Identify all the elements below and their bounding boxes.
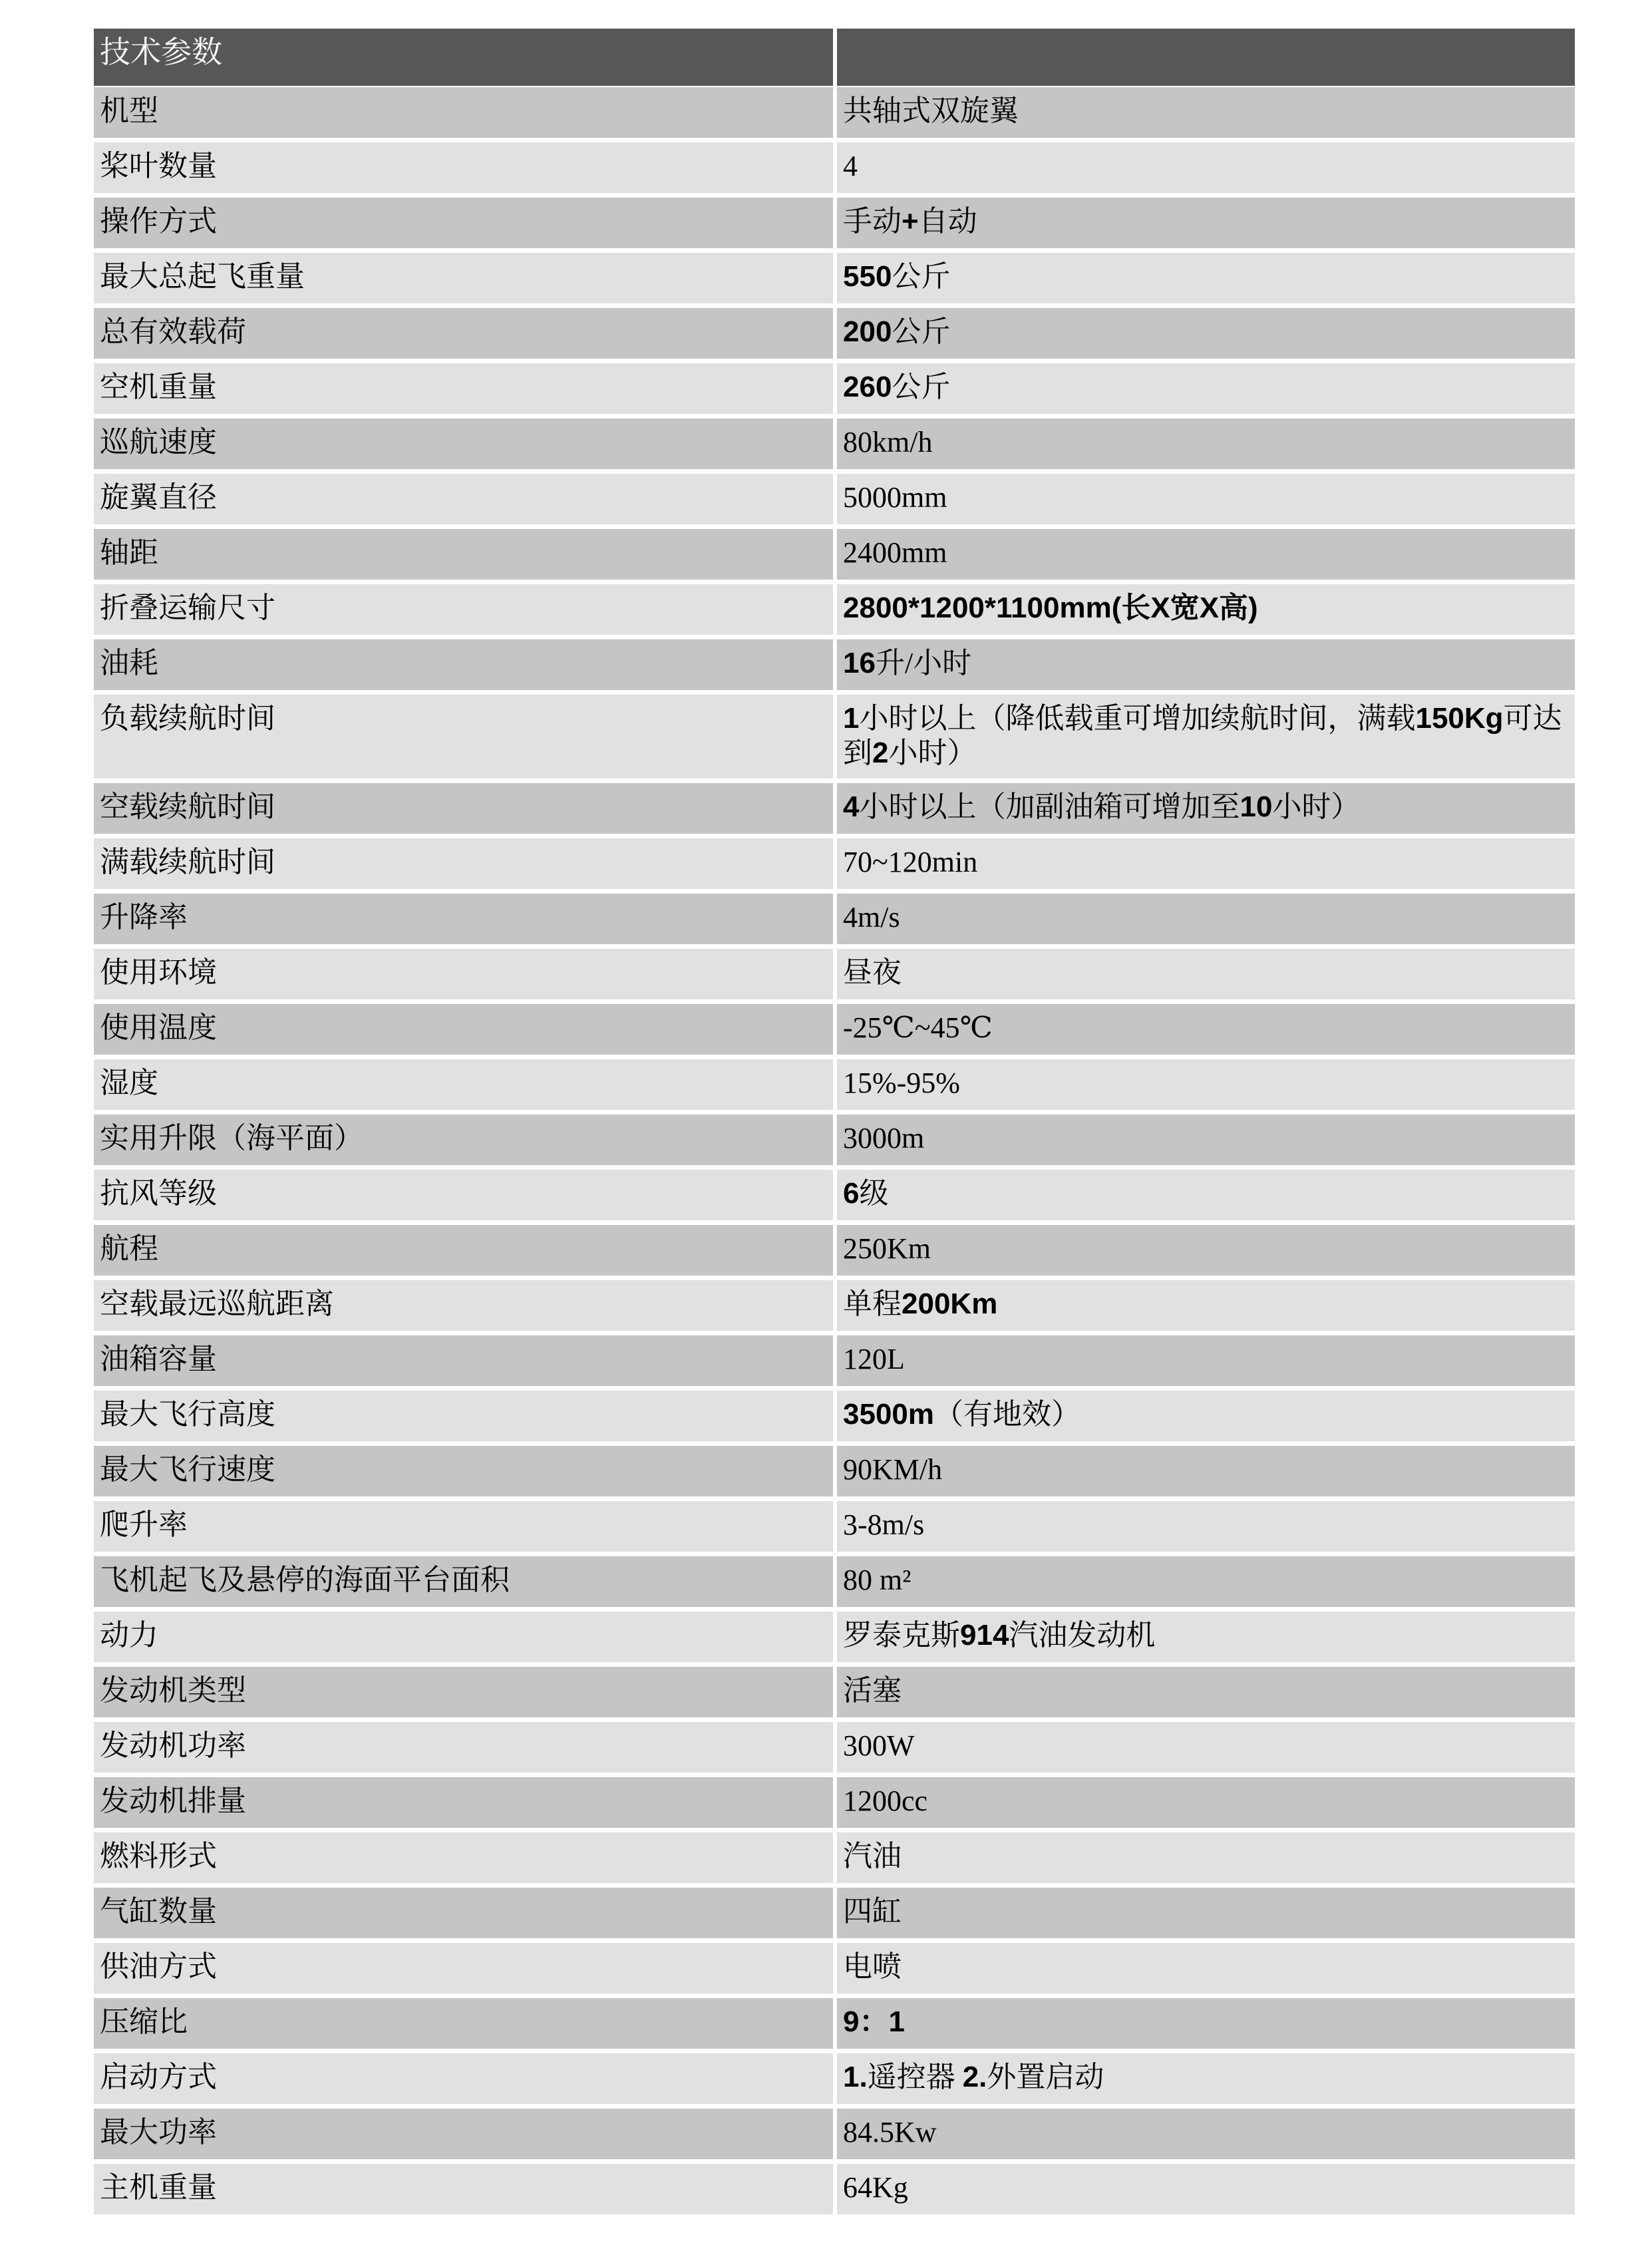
value-segment-bold: 6 xyxy=(843,1177,859,1210)
param-label: 桨叶数量 xyxy=(94,142,833,193)
value-segment: 80 m² xyxy=(843,1564,911,1596)
param-label: 机型 xyxy=(94,87,833,138)
value-segment: 电喷 xyxy=(843,1950,902,1983)
table-row: 巡航速度80km/h xyxy=(94,419,1575,469)
param-label: 气缸数量 xyxy=(94,1888,833,1938)
value-segment: 级 xyxy=(859,1177,888,1210)
value-segment: 120L xyxy=(843,1343,905,1375)
value-segment: 2400mm xyxy=(843,536,947,569)
table-row: 使用温度-25℃~45℃ xyxy=(94,1004,1575,1055)
value-segment-bold: 9：1 xyxy=(843,2005,905,2038)
value-segment: 单程 xyxy=(843,1288,902,1320)
value-segment: 遥控器 xyxy=(868,2061,963,2093)
value-segment: 公斤 xyxy=(892,315,950,348)
param-label: 启动方式 xyxy=(94,2053,833,2104)
table-body: 机型共轴式双旋翼桨叶数量4操作方式手动+自动最大总起飞重量550公斤总有效载荷2… xyxy=(94,87,1575,2214)
table-header-value-cell xyxy=(837,29,1575,86)
table-row: 空载续航时间4小时以上（加副油箱可增加至10小时） xyxy=(94,783,1575,834)
table-row: 最大功率84.5Kw xyxy=(94,2109,1575,2159)
param-value: 汽油 xyxy=(837,1832,1575,1883)
table-row: 负载续航时间1小时以上（降低载重可增加续航时间，满载150Kg可达到2小时） xyxy=(94,695,1575,778)
value-segment: 80km/h xyxy=(843,426,932,458)
param-label: 燃料形式 xyxy=(94,1832,833,1883)
table-row: 最大总起飞重量550公斤 xyxy=(94,253,1575,303)
param-label: 满载续航时间 xyxy=(94,838,833,889)
table-row: 满载续航时间70~120min xyxy=(94,838,1575,889)
table-row: 发动机功率300W xyxy=(94,1722,1575,1773)
param-label: 发动机功率 xyxy=(94,1722,833,1773)
table-row: 发动机类型活塞 xyxy=(94,1667,1575,1717)
param-value: 80 m² xyxy=(837,1556,1575,1607)
table-row: 发动机排量1200cc xyxy=(94,1777,1575,1828)
param-value: 昼夜 xyxy=(837,949,1575,999)
param-label: 空载续航时间 xyxy=(94,783,833,834)
value-segment: 70~120min xyxy=(843,846,977,878)
param-label: 发动机排量 xyxy=(94,1777,833,1828)
param-label: 巡航速度 xyxy=(94,419,833,469)
param-value: 电喷 xyxy=(837,1943,1575,1993)
param-value: 84.5Kw xyxy=(837,2109,1575,2159)
value-segment: 四缸 xyxy=(843,1895,902,1928)
value-segment-bold: 914 xyxy=(960,1619,1009,1651)
table-row: 最大飞行速度90KM/h xyxy=(94,1446,1575,1496)
param-value: -25℃~45℃ xyxy=(837,1004,1575,1055)
param-label: 负载续航时间 xyxy=(94,695,833,778)
table-header-row: 技术参数 xyxy=(94,29,1575,86)
table-row: 抗风等级6级 xyxy=(94,1170,1575,1220)
value-segment: 3000m xyxy=(843,1122,924,1154)
param-value: 200公斤 xyxy=(837,308,1575,359)
param-label: 抗风等级 xyxy=(94,1170,833,1220)
param-value: 16升/小时 xyxy=(837,639,1575,690)
param-label: 旋翼直径 xyxy=(94,474,833,524)
table-row: 空机重量260公斤 xyxy=(94,363,1575,414)
value-segment-bold: 1. xyxy=(843,2061,868,2093)
param-label: 主机重量 xyxy=(94,2164,833,2214)
value-segment-bold: 16 xyxy=(843,647,876,679)
param-value: 单程200Km xyxy=(837,1280,1575,1331)
value-segment: 罗泰克斯 xyxy=(843,1619,960,1651)
value-segment: 共轴式双旋翼 xyxy=(843,94,1019,127)
value-segment: 昼夜 xyxy=(843,956,902,989)
table-row: 最大飞行高度3500m（有地效） xyxy=(94,1391,1575,1441)
value-segment-bold: 2. xyxy=(963,2061,987,2093)
value-segment: 外置启动 xyxy=(987,2061,1104,2093)
param-value: 64Kg xyxy=(837,2164,1575,2214)
value-segment: （有地效） xyxy=(934,1398,1080,1431)
param-value: 70~120min xyxy=(837,838,1575,889)
param-value: 4小时以上（加副油箱可增加至10小时） xyxy=(837,783,1575,834)
value-segment-bold: 3500m xyxy=(843,1398,934,1431)
param-label: 爬升率 xyxy=(94,1501,833,1552)
table-title: 技术参数 xyxy=(94,29,833,86)
param-label: 供油方式 xyxy=(94,1943,833,1993)
table-row: 飞机起飞及悬停的海面平台面积80 m² xyxy=(94,1556,1575,1607)
param-label: 发动机类型 xyxy=(94,1667,833,1717)
table-row: 供油方式电喷 xyxy=(94,1943,1575,1993)
param-value: 9：1 xyxy=(837,1998,1575,2049)
param-value: 2800*1200*1100mm(长X宽X高) xyxy=(837,584,1575,635)
param-label: 最大飞行速度 xyxy=(94,1446,833,1496)
table-row: 动力罗泰克斯914汽油发动机 xyxy=(94,1612,1575,1662)
param-value: 90KM/h xyxy=(837,1446,1575,1496)
param-value: 6级 xyxy=(837,1170,1575,1220)
table-row: 旋翼直径5000mm xyxy=(94,474,1575,524)
param-label: 实用升限（海平面） xyxy=(94,1115,833,1165)
value-segment-bold: 550 xyxy=(843,260,892,293)
value-segment: 小时） xyxy=(888,737,976,769)
value-segment: 自动 xyxy=(919,205,977,238)
param-label: 最大飞行高度 xyxy=(94,1391,833,1441)
table-row: 航程250Km xyxy=(94,1225,1575,1276)
value-segment: 小时） xyxy=(1272,790,1360,823)
param-value: 260公斤 xyxy=(837,363,1575,414)
value-segment-bold: 10 xyxy=(1239,790,1272,823)
table-row: 折叠运输尺寸2800*1200*1100mm(长X宽X高) xyxy=(94,584,1575,635)
table-row: 操作方式手动+自动 xyxy=(94,198,1575,248)
param-value: 5000mm xyxy=(837,474,1575,524)
param-label: 使用温度 xyxy=(94,1004,833,1055)
param-label: 油箱容量 xyxy=(94,1335,833,1386)
param-label: 总有效载荷 xyxy=(94,308,833,359)
table-row: 油耗16升/小时 xyxy=(94,639,1575,690)
param-label: 湿度 xyxy=(94,1059,833,1110)
value-segment: 90KM/h xyxy=(843,1453,942,1486)
value-segment-bold: 4 xyxy=(843,790,859,823)
table-row: 桨叶数量4 xyxy=(94,142,1575,193)
param-value: 15%-95% xyxy=(837,1059,1575,1110)
param-value: 四缸 xyxy=(837,1888,1575,1938)
value-segment-bold: 150Kg xyxy=(1415,702,1503,735)
param-value: 罗泰克斯914汽油发动机 xyxy=(837,1612,1575,1662)
value-segment: 1200cc xyxy=(843,1785,927,1817)
param-value: 300W xyxy=(837,1722,1575,1773)
param-label: 最大功率 xyxy=(94,2109,833,2159)
param-label: 操作方式 xyxy=(94,198,833,248)
value-segment: 活塞 xyxy=(843,1674,902,1707)
value-segment: 升/小时 xyxy=(876,647,971,679)
value-segment: 5000mm xyxy=(843,481,947,514)
table-row: 机型共轴式双旋翼 xyxy=(94,87,1575,138)
table-row: 爬升率3-8m/s xyxy=(94,1501,1575,1552)
value-segment: 手动 xyxy=(843,205,902,238)
table-row: 使用环境昼夜 xyxy=(94,949,1575,999)
table-row: 空载最远巡航距离单程200Km xyxy=(94,1280,1575,1331)
value-segment-bold: 260 xyxy=(843,371,892,403)
param-label: 航程 xyxy=(94,1225,833,1276)
param-value: 活塞 xyxy=(837,1667,1575,1717)
value-segment: 汽油发动机 xyxy=(1009,1619,1155,1651)
param-value: 3500m（有地效） xyxy=(837,1391,1575,1441)
value-segment: 小时以上（降低载重可增加续航时间，满载 xyxy=(859,702,1415,735)
param-value: 4 xyxy=(837,142,1575,193)
table-row: 升降率4m/s xyxy=(94,894,1575,944)
param-label: 使用环境 xyxy=(94,949,833,999)
value-segment: 公斤 xyxy=(892,260,950,293)
table-row: 实用升限（海平面）3000m xyxy=(94,1115,1575,1165)
table-row: 油箱容量120L xyxy=(94,1335,1575,1386)
table-row: 湿度15%-95% xyxy=(94,1059,1575,1110)
spec-table: 技术参数 机型共轴式双旋翼桨叶数量4操作方式手动+自动最大总起飞重量550公斤总… xyxy=(94,29,1575,2214)
table-row: 压缩比9：1 xyxy=(94,1998,1575,2049)
param-value: 手动+自动 xyxy=(837,198,1575,248)
value-segment: 250Km xyxy=(843,1232,931,1265)
param-value: 80km/h xyxy=(837,419,1575,469)
param-label: 升降率 xyxy=(94,894,833,944)
param-value: 120L xyxy=(837,1335,1575,1386)
value-segment: 64Kg xyxy=(843,2171,908,2204)
param-value: 1200cc xyxy=(837,1777,1575,1828)
value-segment-bold: 200 xyxy=(843,315,892,348)
param-value: 1小时以上（降低载重可增加续航时间，满载150Kg可达到2小时） xyxy=(837,695,1575,778)
param-value: 250Km xyxy=(837,1225,1575,1276)
value-segment-bold: + xyxy=(902,205,919,238)
param-label: 压缩比 xyxy=(94,1998,833,2049)
value-segment-bold: 200Km xyxy=(902,1288,997,1320)
value-segment: 84.5Kw xyxy=(843,2116,937,2149)
table-row: 总有效载荷200公斤 xyxy=(94,308,1575,359)
value-segment-bold: 2 xyxy=(872,737,888,769)
param-value: 2400mm xyxy=(837,529,1575,580)
table-row: 启动方式1.遥控器 2.外置启动 xyxy=(94,2053,1575,2104)
value-segment: 小时以上（加副油箱可增加至 xyxy=(859,790,1239,823)
table-row: 主机重量64Kg xyxy=(94,2164,1575,2214)
param-value: 550公斤 xyxy=(837,253,1575,303)
value-segment: 公斤 xyxy=(892,371,950,403)
param-value: 3000m xyxy=(837,1115,1575,1165)
value-segment: -25℃~45℃ xyxy=(843,1011,993,1044)
value-segment: 4m/s xyxy=(843,901,900,934)
param-label: 轴距 xyxy=(94,529,833,580)
param-label: 空载最远巡航距离 xyxy=(94,1280,833,1331)
value-segment: 300W xyxy=(843,1729,915,1762)
value-segment-bold: 2800*1200*1100mm(长X宽X高) xyxy=(843,592,1258,624)
param-label: 最大总起飞重量 xyxy=(94,253,833,303)
value-segment-bold: 1 xyxy=(843,702,859,735)
param-value: 4m/s xyxy=(837,894,1575,944)
param-label: 折叠运输尺寸 xyxy=(94,584,833,635)
param-label: 动力 xyxy=(94,1612,833,1662)
value-segment: 15%-95% xyxy=(843,1067,960,1099)
value-segment: 汽油 xyxy=(843,1840,902,1872)
table-row: 气缸数量四缸 xyxy=(94,1888,1575,1938)
param-label: 油耗 xyxy=(94,639,833,690)
value-segment: 3-8m/s xyxy=(843,1508,924,1541)
param-value: 共轴式双旋翼 xyxy=(837,87,1575,138)
param-label: 飞机起飞及悬停的海面平台面积 xyxy=(94,1556,833,1607)
param-label: 空机重量 xyxy=(94,363,833,414)
param-value: 1.遥控器 2.外置启动 xyxy=(837,2053,1575,2104)
param-value: 3-8m/s xyxy=(837,1501,1575,1552)
value-segment: 4 xyxy=(843,150,858,182)
table-row: 轴距2400mm xyxy=(94,529,1575,580)
table-row: 燃料形式汽油 xyxy=(94,1832,1575,1883)
